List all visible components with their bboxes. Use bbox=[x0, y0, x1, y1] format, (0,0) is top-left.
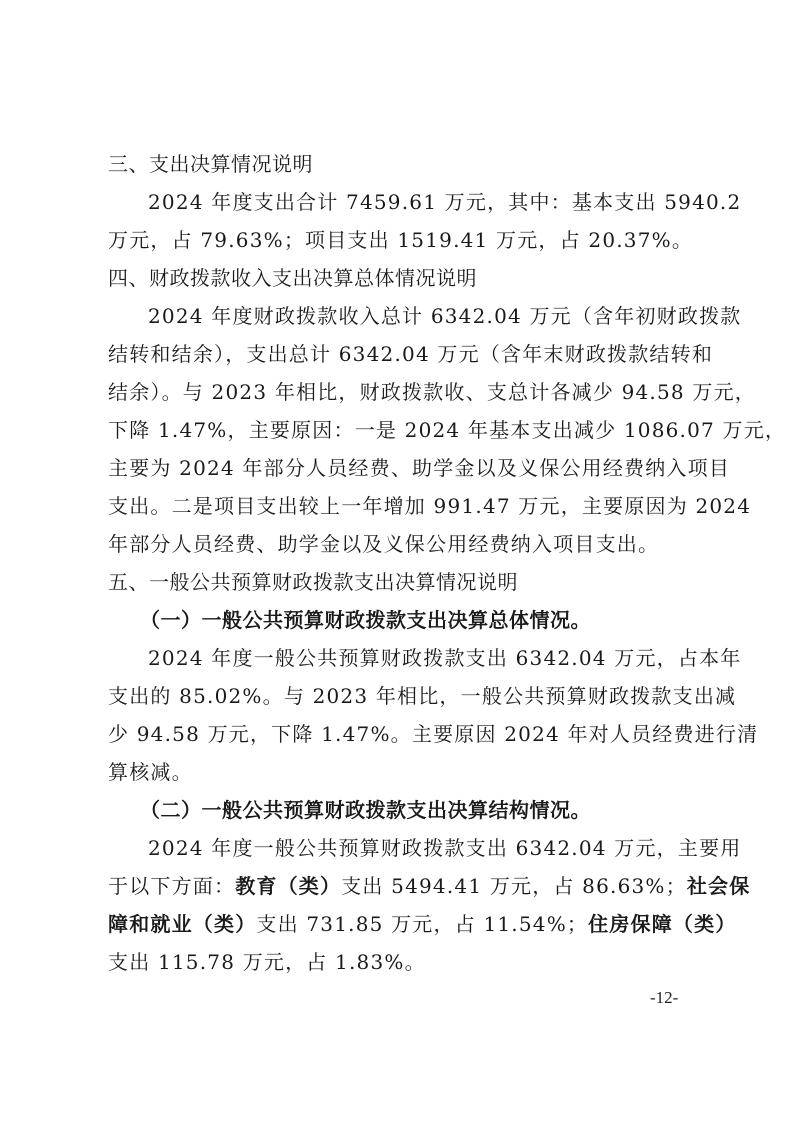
paragraph-line: 少 94.58 万元，下降 1.47%。主要原因 2024 年对人员经费进行清 bbox=[108, 722, 708, 746]
page-number: -12- bbox=[650, 988, 678, 1008]
category-housing: 住房保障（类） bbox=[588, 912, 736, 936]
paragraph-line: 2024 年度支出合计 7459.61 万元，其中：基本支出 5940.2 bbox=[148, 190, 748, 214]
category-social-security: 障和就业（类） bbox=[108, 912, 256, 936]
text: 于以下方面： bbox=[108, 874, 235, 898]
paragraph-line: 于以下方面：教育（类）支出 5494.41 万元，占 86.63%；社会保 bbox=[108, 874, 708, 898]
paragraph-line: 支出。二是项目支出较上一年增加 991.47 万元，主要原因为 2024 bbox=[108, 494, 708, 518]
paragraph-line: 障和就业（类）支出 731.85 万元，占 11.54%；住房保障（类） bbox=[108, 912, 708, 936]
paragraph-line: 主要为 2024 年部分人员经费、助学金以及义保公用经费纳入项目 bbox=[108, 456, 708, 480]
paragraph-line: 结转和结余），支出总计 6342.04 万元（含年末财政拨款结转和 bbox=[108, 342, 708, 366]
section-4-heading: 四、财政拨款收入支出决算总体情况说明 bbox=[108, 266, 708, 290]
text: 支出 731.85 万元，占 11.54%； bbox=[256, 912, 588, 936]
paragraph-line: 结余）。与 2023 年相比，财政拨款收、支总计各减少 94.58 万元， bbox=[108, 380, 708, 404]
section-5-heading: 五、一般公共预算财政拨款支出决算情况说明 bbox=[108, 570, 708, 594]
paragraph-line: 支出 115.78 万元，占 1.83%。 bbox=[108, 950, 708, 974]
subsection-1-heading: （一）一般公共预算财政拨款支出决算总体情况。 bbox=[140, 608, 740, 632]
category-education: 教育（类） bbox=[235, 874, 341, 898]
document-page: 三、支出决算情况说明 2024 年度支出合计 7459.61 万元，其中：基本支… bbox=[0, 0, 793, 1122]
paragraph-line: 支出的 85.02%。与 2023 年相比，一般公共预算财政拨款支出减 bbox=[108, 684, 708, 708]
subsection-2-heading: （二）一般公共预算财政拨款支出决算结构情况。 bbox=[140, 798, 740, 822]
section-3-heading: 三、支出决算情况说明 bbox=[108, 152, 708, 176]
paragraph-line: 年部分人员经费、助学金以及义保公用经费纳入项目支出。 bbox=[108, 532, 708, 556]
paragraph-line: 万元，占 79.63%；项目支出 1519.41 万元，占 20.37%。 bbox=[108, 228, 708, 252]
category-social-security: 社会保 bbox=[687, 874, 751, 898]
paragraph-line: 算核减。 bbox=[108, 760, 708, 784]
paragraph-line: 2024 年度财政拨款收入总计 6342.04 万元（含年初财政拨款 bbox=[148, 304, 748, 328]
paragraph-line: 2024 年度一般公共预算财政拨款支出 6342.04 万元，主要用 bbox=[148, 836, 748, 860]
paragraph-line: 2024 年度一般公共预算财政拨款支出 6342.04 万元，占本年 bbox=[148, 646, 748, 670]
paragraph-line: 下降 1.47%，主要原因：一是 2024 年基本支出减少 1086.07 万元… bbox=[108, 418, 708, 442]
text: 支出 5494.41 万元，占 86.63%； bbox=[341, 874, 687, 898]
